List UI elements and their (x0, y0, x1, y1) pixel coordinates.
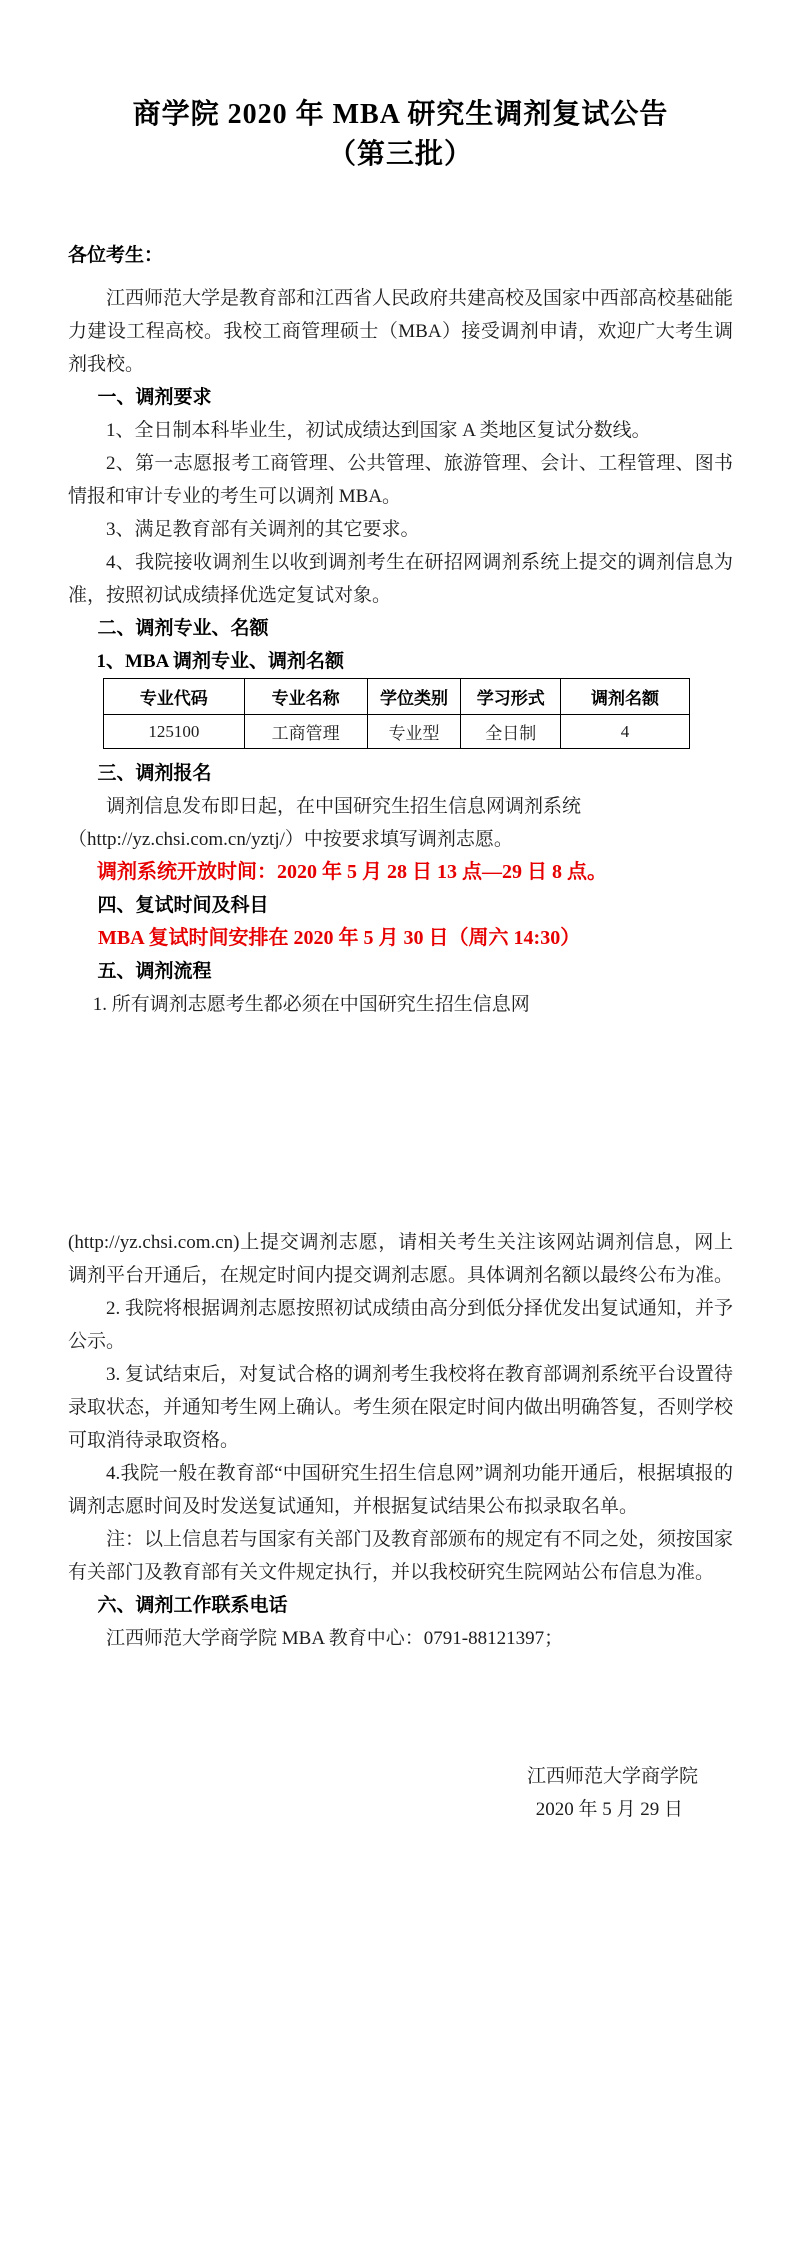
process-item-3: 3. 复试结束后，对复试合格的调剂考生我校将在教育部调剂系统平台设置待录取状态，… (68, 1358, 733, 1457)
intro-paragraph: 江西师范大学是教育部和江西省人民政府共建高校及国家中西部高校基础能力建设工程高校… (68, 282, 733, 381)
title-line-1: 商学院 2020 年 MBA 研究生调剂复试公告 (68, 95, 733, 135)
majors-table: 专业代码 专业名称 学位类别 学习形式 调剂名额 125100 工商管理 专业型… (103, 678, 690, 749)
column-header-major-name: 专业名称 (244, 679, 367, 715)
registration-paragraph: 调剂信息发布即日起，在中国研究生招生信息网调剂系统（http://yz.chsi… (68, 790, 733, 856)
process-item-1-part-2: (http://yz.chsi.com.cn)上提交调剂志愿，请相关考生关注该网… (68, 1226, 733, 1292)
page-break-spacer (68, 1021, 733, 1226)
contact-line: 江西师范大学商学院 MBA 教育中心：0791-88121397； (68, 1622, 733, 1655)
column-header-study-mode: 学习形式 (461, 679, 561, 715)
signature-org: 江西师范大学商学院 (68, 1760, 733, 1793)
table-header-row: 专业代码 专业名称 学位类别 学习形式 调剂名额 (104, 679, 690, 715)
salutation: 各位考生： (68, 239, 733, 272)
requirement-item-3: 3、满足教育部有关调剂的其它要求。 (68, 513, 733, 546)
section-heading-requirements: 一、调剂要求 (68, 381, 733, 414)
process-item-2: 2. 我院将根据调剂志愿按照初试成绩由高分到低分择优发出复试通知，并予公示。 (68, 1292, 733, 1358)
cell-major-code: 125100 (104, 715, 245, 749)
signature-block: 江西师范大学商学院 2020 年 5 月 29 日 (68, 1760, 733, 1826)
column-header-quota: 调剂名额 (561, 679, 690, 715)
cell-major-name: 工商管理 (244, 715, 367, 749)
page-title: 商学院 2020 年 MBA 研究生调剂复试公告 （第三批） (68, 95, 733, 175)
document-page: 商学院 2020 年 MBA 研究生调剂复试公告 （第三批） 各位考生： 江西师… (0, 0, 793, 2244)
section-heading-contact: 六、调剂工作联系电话 (68, 1589, 733, 1622)
exam-time-notice: MBA 复试时间安排在 2020 年 5 月 30 日（周六 14:30） (68, 922, 733, 955)
process-item-4: 4.我院一般在教育部“中国研究生招生信息网”调剂功能开通后，根据填报的调剂志愿时… (68, 1457, 733, 1523)
cell-study-mode: 全日制 (461, 715, 561, 749)
process-note: 注：以上信息若与国家有关部门及教育部颁布的规定有不同之处，须按国家有关部门及教育… (68, 1523, 733, 1589)
section-heading-process: 五、调剂流程 (68, 955, 733, 988)
requirement-item-2: 2、第一志愿报考工商管理、公共管理、旅游管理、会计、工程管理、图书情报和审计专业… (68, 447, 733, 513)
process-item-1-part-1: 1. 所有调剂志愿考生都必须在中国研究生招生信息网 (68, 988, 733, 1021)
table-row: 125100 工商管理 专业型 全日制 4 (104, 715, 690, 749)
signature-date: 2020 年 5 月 29 日 (68, 1793, 733, 1826)
majors-subheading: 1、MBA 调剂专业、调剂名额 (68, 645, 733, 678)
section-heading-majors: 二、调剂专业、名额 (68, 612, 733, 645)
cell-quota: 4 (561, 715, 690, 749)
cell-degree-type: 专业型 (367, 715, 461, 749)
document-content: 商学院 2020 年 MBA 研究生调剂复试公告 （第三批） 各位考生： 江西师… (0, 95, 793, 1826)
requirement-item-4: 4、我院接收调剂生以收到调剂考生在研招网调剂系统上提交的调剂信息为准，按照初试成… (68, 546, 733, 612)
title-line-2: （第三批） (68, 135, 733, 175)
system-open-time-notice: 调剂系统开放时间：2020 年 5 月 28 日 13 点—29 日 8 点。 (68, 856, 733, 889)
section-heading-exam-time: 四、复试时间及科目 (68, 889, 733, 922)
requirement-item-1: 1、全日制本科毕业生，初试成绩达到国家 A 类地区复试分数线。 (68, 414, 733, 447)
column-header-major-code: 专业代码 (104, 679, 245, 715)
column-header-degree-type: 学位类别 (367, 679, 461, 715)
section-heading-registration: 三、调剂报名 (68, 757, 733, 790)
